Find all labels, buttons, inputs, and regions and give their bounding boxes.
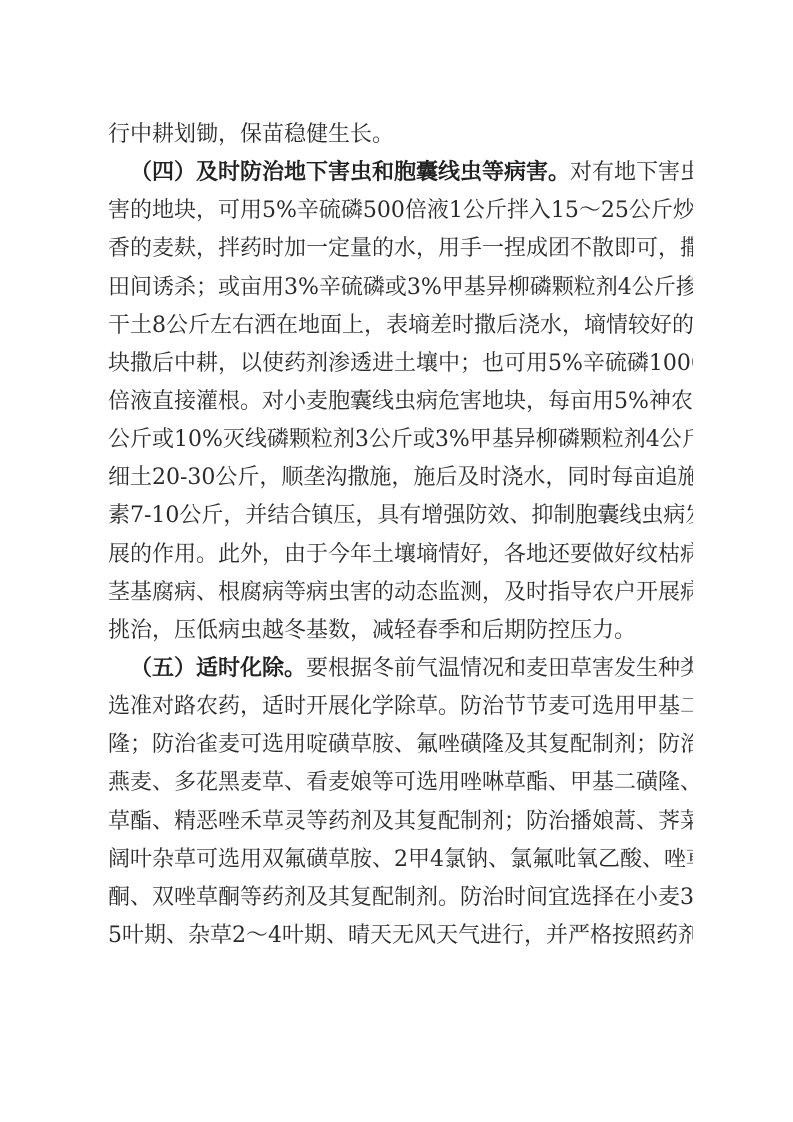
text-line: 挑治，压低病虫越冬基数，减轻春季和后期防控压力。 (108, 612, 693, 650)
text-line: 素7-10公斤，并结合镇压，具有增强防效、抑制胞囊线虫病发 (108, 497, 693, 535)
text-line: 香的麦麸，拌药时加一定量的水，用手一捏成团不散即可，撒于 (108, 230, 693, 268)
text-run: 要根据冬前气温情况和麦田草害发生种类， (306, 656, 693, 681)
text-line: 茎基腐病、根腐病等病虫害的动态监测，及时指导农户开展病虫 (108, 574, 693, 612)
body-text: 行中耕划锄，保苗稳健生长。 （四）及时防治地下害虫和胞囊线虫等病害。对有地下害虫… (108, 116, 693, 955)
text-line: 选准对路农药，适时开展化学除草。防治节节麦可选用甲基二磺 (108, 688, 693, 726)
section-5-heading: （五）适时化除。 (130, 656, 306, 681)
text-line: 酮、双唑草酮等药剂及其复配制剂。防治时间宜选择在小麦3～ (108, 879, 693, 917)
section-4-heading: （四）及时防治地下害虫和胞囊线虫等病害。 (130, 160, 570, 185)
section-5-first-line: （五）适时化除。要根据冬前气温情况和麦田草害发生种类， (108, 650, 693, 688)
text-line: 行中耕划锄，保苗稳健生长。 (108, 116, 693, 154)
text-line: 公斤或10%灭线磷颗粒剂3公斤或3%甲基异柳磷颗粒剂4公斤拌 (108, 421, 693, 459)
text-line: 块撒后中耕，以使药剂渗透进土壤中；也可用5%辛硫磷1000 (108, 345, 693, 383)
text-line: 燕麦、多花黑麦草、看麦娘等可选用唑啉草酯、甲基二磺隆、炔 (108, 764, 693, 802)
text-line: 倍液直接灌根。对小麦胞囊线虫病危害地块，每亩用5%神农丹2 (108, 383, 693, 421)
text-line: 田间诱杀；或亩用3%辛硫磷或3%甲基异柳磷颗粒剂4公斤掺细 (108, 269, 693, 307)
text-line: 害的地块，可用5%辛硫磷500倍液1公斤拌入15～25公斤炒 (108, 192, 693, 230)
text-line: 草酯、精恶唑禾草灵等药剂及其复配制剂；防治播娘蒿、荠菜等 (108, 803, 693, 841)
text-line: 隆；防治雀麦可选用啶磺草胺、氟唑磺隆及其复配制剂；防治野 (108, 726, 693, 764)
text-run: 对有地下害虫危 (570, 160, 693, 185)
text-line: 展的作用。此外，由于今年土壤墒情好，各地还要做好纹枯病、 (108, 536, 693, 574)
text-line: 干土8公斤左右洒在地面上，表墒差时撒后浇水，墒情较好的地 (108, 307, 693, 345)
text-line: 细土20-30公斤，顺垄沟撒施，施后及时浇水，同时每亩追施尿 (108, 459, 693, 497)
section-4-first-line: （四）及时防治地下害虫和胞囊线虫等病害。对有地下害虫危 (108, 154, 693, 192)
document-page: 行中耕划锄，保苗稳健生长。 （四）及时防治地下害虫和胞囊线虫等病害。对有地下害虫… (0, 0, 793, 1122)
text-line: 5叶期、杂草2～4叶期、晴天无风天气进行，并严格按照药剂 (108, 917, 693, 955)
text-line: 阔叶杂草可选用双氟磺草胺、2甲4氯钠、氯氟吡氧乙酸、唑草 (108, 841, 693, 879)
